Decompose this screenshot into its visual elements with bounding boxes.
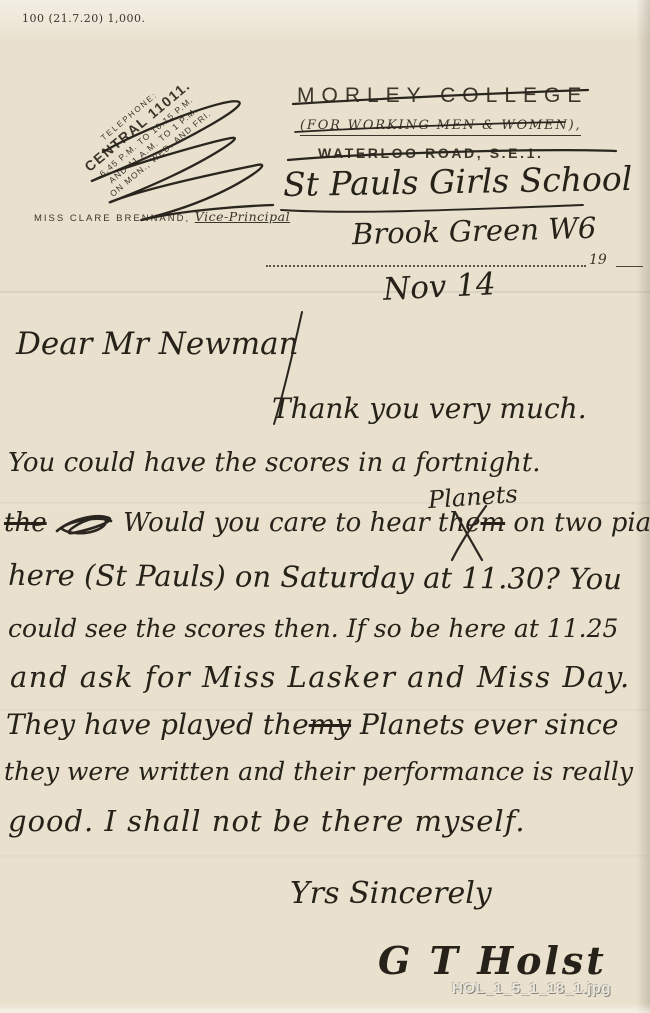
scanned-letter-page: 100 (21.7.20) 1,000. TELEPHONE: CENTRAL … bbox=[0, 0, 650, 1013]
paper-crease bbox=[0, 502, 650, 506]
vice-principal-title: Vice-Principal bbox=[195, 209, 290, 224]
scratched-word-the: the bbox=[4, 508, 47, 538]
body-line-fortnight: You could have the scores in a fortnight… bbox=[8, 448, 541, 478]
body-line-pianos: on two pianos bbox=[513, 508, 650, 538]
handwritten-address-line2: Brook Green W6 bbox=[352, 211, 597, 251]
college-subtitle: (FOR WORKING MEN & WOMEN), bbox=[300, 118, 581, 136]
printed-date-line bbox=[266, 265, 586, 267]
body-line-good: good. I shall not be there myself. bbox=[8, 804, 526, 838]
body-line-written: they were written and their performance … bbox=[4, 757, 633, 786]
body-line-would-text: Would you care to hear the bbox=[123, 508, 480, 538]
printed-date-dash bbox=[616, 266, 643, 267]
printed-year-prefix: 19 bbox=[589, 252, 607, 268]
paper-crease bbox=[0, 855, 650, 859]
paper-edge-shadow bbox=[636, 0, 650, 1013]
body-line-would: the Would you care to hear them on two p… bbox=[4, 508, 650, 539]
telephone-block: TELEPHONE: CENTRAL 11011. 6.45 P.M. TO 1… bbox=[46, 45, 244, 224]
telephone-hours-evening: 6.45 P.M. TO 10.15 P.M. bbox=[63, 65, 230, 208]
body-line-ask: and ask for Miss Lasker and Miss Day. bbox=[10, 660, 631, 694]
signature: G T Holst bbox=[378, 938, 607, 983]
underline-school-name bbox=[281, 205, 583, 212]
college-name: MORLEY COLLEGE bbox=[297, 84, 588, 108]
handwritten-address-line1: St Pauls Girls School bbox=[283, 159, 633, 204]
closing-line: Yrs Sincerely bbox=[290, 876, 492, 911]
archive-filename-label: HOL_1_5_1_18_1.jpg bbox=[452, 980, 611, 997]
vice-principal-name: MISS CLARE BRENNAND, bbox=[34, 213, 190, 224]
body-line-could-see: could see the scores then. If so be here… bbox=[8, 614, 618, 643]
vice-principal-line: MISS CLARE BRENNAND, Vice-Principal bbox=[34, 209, 290, 224]
scribbled-out-word bbox=[55, 509, 115, 539]
body-line-here: here (St Pauls) on Saturday at 11.30? Yo… bbox=[8, 558, 622, 596]
body-line-planets-since: Planets ever since bbox=[360, 708, 618, 741]
print-run-code: 100 (21.7.20) 1,000. bbox=[22, 12, 146, 25]
paper-crease bbox=[0, 291, 650, 295]
college-address: WATERLOO ROAD, S.E.1. bbox=[318, 145, 543, 161]
handwritten-date: Nov 14 bbox=[382, 266, 496, 308]
scratched-word-my: my bbox=[309, 708, 351, 741]
paper-bottom-edge bbox=[0, 1003, 650, 1013]
salutation: Dear Mr Newman bbox=[16, 326, 299, 362]
body-line-played-text: They have played the bbox=[6, 708, 309, 741]
body-line-played: They have played themy Planets ever sinc… bbox=[6, 708, 618, 741]
scratched-letter-m: m bbox=[480, 508, 505, 538]
body-line-opening: Thank you very much. bbox=[272, 392, 587, 425]
